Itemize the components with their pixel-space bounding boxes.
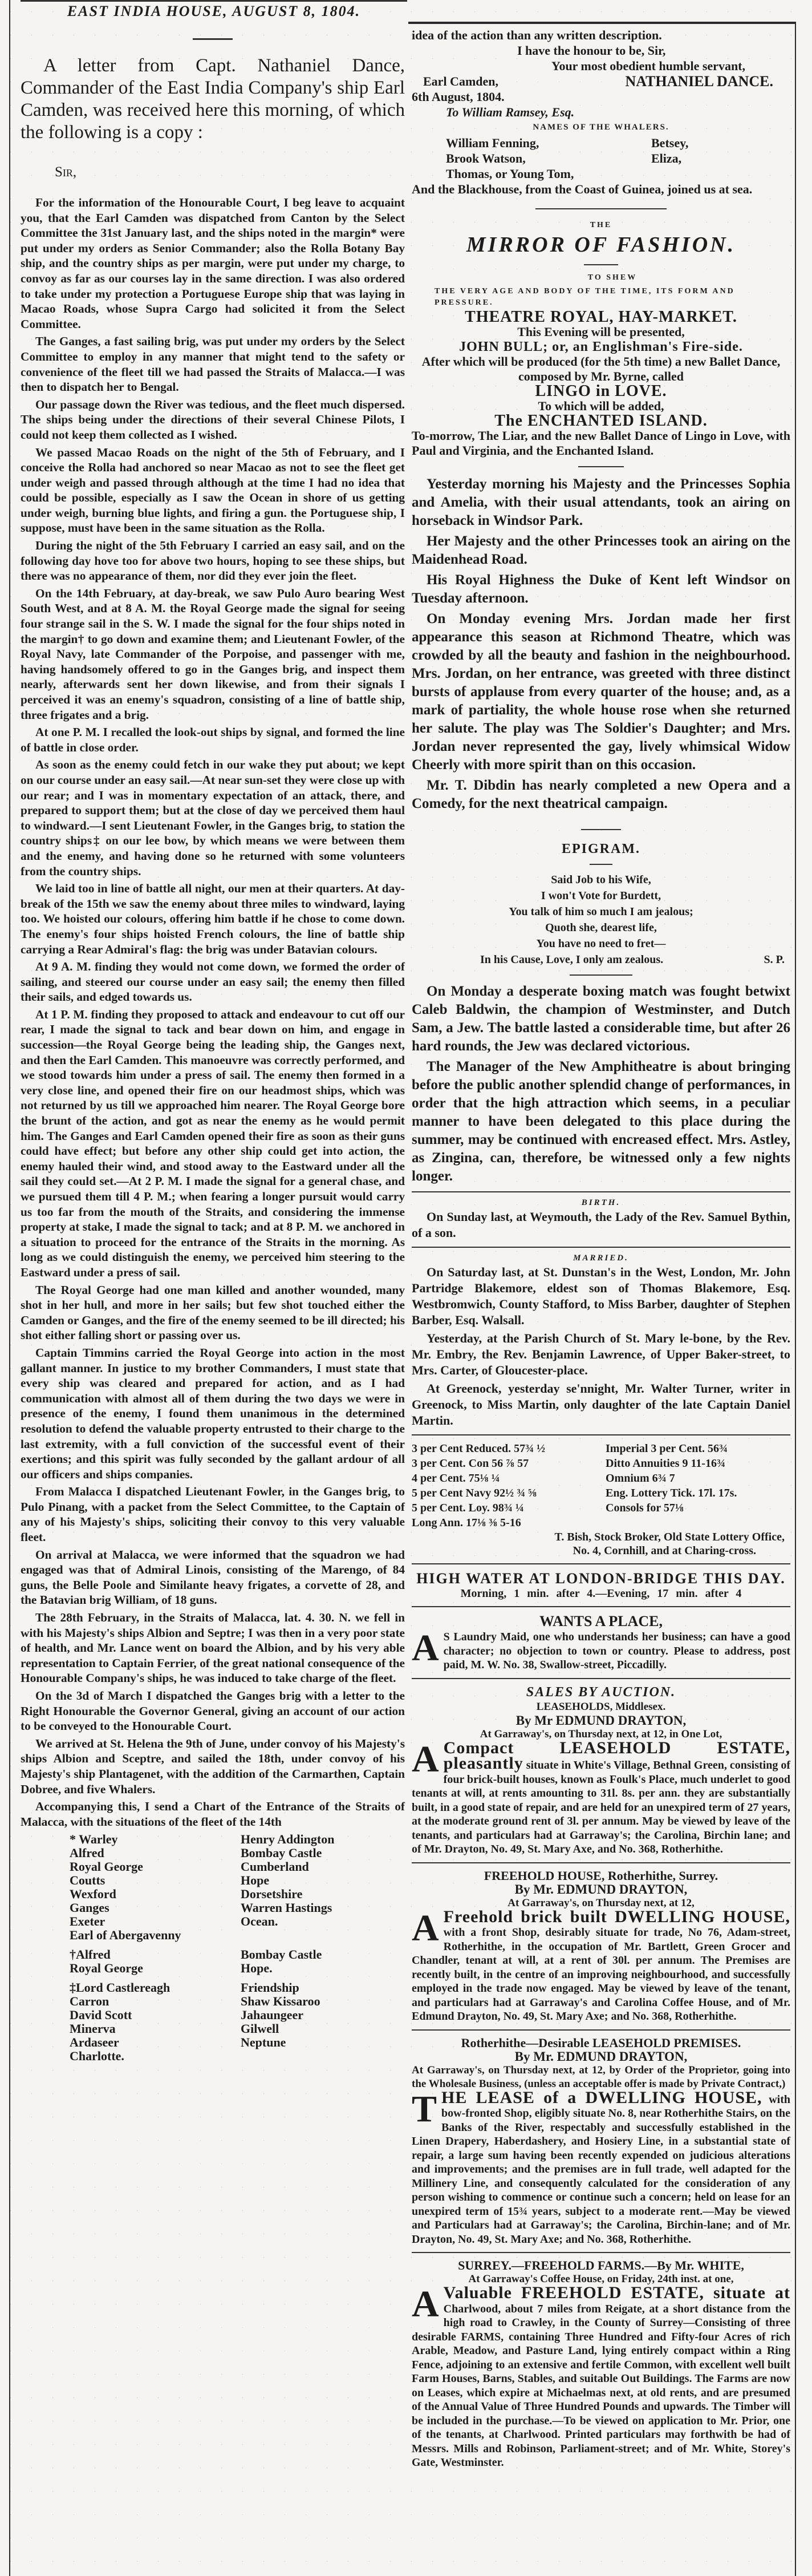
ship-name: Bombay Castle	[241, 1948, 334, 1962]
marriage-notice: On Saturday last, at St. Dunstan's in th…	[412, 1264, 790, 1328]
ship-group: Bombay Castle Hope.	[241, 1948, 334, 1975]
addressee: To William Ramsey, Esq.	[446, 104, 790, 120]
epigram-author: S. P.	[764, 952, 785, 968]
whaler-name: Betsey,	[651, 135, 688, 151]
auctioneer: By Mr EDMUND DRAYTON,	[412, 1714, 790, 1728]
marriage-notice: Yesterday, at the Parish Church of St. M…	[412, 1331, 790, 1378]
divider	[578, 466, 624, 467]
ship-name: Exeter	[70, 1915, 241, 1928]
news-item: On Monday evening Mrs. Jordan made her f…	[412, 610, 790, 774]
divider	[412, 1862, 790, 1863]
marriage-notice: At Greenock, yesterday se'nnight, Mr. Wa…	[412, 1381, 790, 1429]
ad-body: with bow-fronted Shop, eligibly situate …	[412, 2093, 790, 2246]
stock-price: Ditto Annuities 9 11-16¾	[606, 1456, 790, 1471]
ship-name: Hope	[241, 1874, 334, 1887]
ad-heading: SURREY.—FREEHOLD FARMS.—By Mr. WHITE,	[412, 2259, 790, 2272]
stock-price: 3 per Cent Reduced. 57¾ ½	[412, 1441, 606, 1456]
motto-line: TO SHEW	[435, 272, 790, 284]
divider	[581, 829, 621, 830]
drop-cap: A	[412, 1744, 439, 1776]
ship-name: Cumberland	[241, 1860, 334, 1874]
theatre-line: To-morrow, The Liar, and the new Ballet …	[412, 428, 790, 458]
ship-name: Warley	[79, 1832, 117, 1846]
dagger-mark: †	[70, 1947, 76, 1962]
births-heading: BIRTH.	[412, 1198, 790, 1208]
signature-block: Earl Camden, NATHANIEL DANCE.	[412, 74, 790, 89]
letter-paragraph: The Ganges, a fast sailing brig, was put…	[21, 334, 405, 394]
ship-name: Carron	[70, 1995, 241, 2008]
ad-body: with a front Shop, desirably situate for…	[412, 1926, 790, 2023]
news-item: On Monday a desperate boxing match was f…	[412, 982, 790, 1056]
whalers-col2: Betsey, Eliza,	[651, 135, 688, 181]
poem-line: I won't Vote for Burdett,	[412, 888, 790, 904]
stock-price: 4 per Cent. 75⅛ ¼	[412, 1471, 606, 1486]
letter-paragraph: At 1 P. M. finding they proposed to atta…	[21, 1007, 405, 1280]
news-item: His Royal Highness the Duke of Kent left…	[412, 571, 790, 608]
stock-price: 5 per Cent Navy 92½ ¾ ⅝	[412, 1486, 606, 1501]
closing-line: I have the honour to be, Sir,	[517, 43, 790, 58]
letter-paragraph: On the 14th February, at day-break, we s…	[21, 586, 405, 722]
letter-paragraph: For the information of the Honourable Co…	[21, 195, 405, 331]
ad-heading: Rotherhithe—Desirable LEASEHOLD PREMISES…	[412, 2036, 790, 2050]
stock-price: 3 per Cent. Con 56 ⅞ 57	[412, 1456, 606, 1471]
whalers-col1: William Fenning, Brook Watson, Thomas, o…	[446, 135, 651, 181]
divider	[412, 1606, 790, 1607]
left-column: EAST INDIA HOUSE, AUGUST 8, 1804. A lett…	[9, 0, 405, 2576]
divider	[412, 2029, 790, 2031]
drop-cap: T	[412, 2093, 437, 2125]
stock-price: Eng. Lottery Tick. 17l. 17s.	[606, 1486, 790, 1501]
divider	[412, 1247, 790, 1248]
epigram-title: EPIGRAM.	[412, 842, 790, 857]
ad-heading: FREEHOLD HOUSE, Rotherhithe, Surrey.	[412, 1869, 790, 1883]
epigram-poem: Said Job to his Wife, I won't Vote for B…	[412, 872, 790, 968]
ship-name: Warren Hastings	[241, 1901, 334, 1915]
stock-price: Omnium 6¾ 7	[606, 1471, 790, 1486]
stock-price: 5 per Cent. Loy. 98¾ ¼	[412, 1501, 606, 1515]
auction-ad: ACompact LEASEHOLD ESTATE, pleasantly si…	[412, 1741, 790, 1857]
letter-paragraph: Captain Timmins carried the Royal George…	[21, 1345, 405, 1482]
ad-lead: HE LEASE of a DWELLING HOUSE,	[441, 2088, 762, 2107]
letter-paragraph: From Malacca I dispatched Lieutenant Fow…	[21, 1484, 405, 1544]
divider	[535, 208, 667, 209]
ship-group: ‡Lord Castlereagh Carron David Scott Min…	[70, 1981, 241, 2063]
whalers-note: And the Blackhouse, from the Coast of Gu…	[412, 181, 790, 197]
article-intro: A letter from Capt. Nathaniel Dance, Com…	[21, 55, 405, 144]
whaler-name: Thomas, or Young Tom,	[446, 166, 651, 181]
play-title: JOHN BULL; or, an Englishman's Fire-side…	[412, 339, 790, 354]
salutation: Sir,	[55, 164, 405, 180]
ship-name: Shaw Kissaroo	[241, 1995, 334, 2008]
letter-fragment: idea of the action than any written desc…	[412, 27, 790, 43]
wants-ad: AS Laundry Maid, one who understands her…	[412, 1630, 790, 1672]
ship-name: Ardaseer	[70, 2036, 241, 2049]
letter-paragraph: At one P. M. I recalled the look-out shi…	[21, 725, 405, 755]
letter-paragraph: We arrived at St. Helena the 9th of June…	[21, 1736, 405, 1797]
ship-name: David Scott	[70, 2008, 241, 2022]
poem-line: Said Job to his Wife,	[412, 872, 790, 888]
place: Earl Camden,	[423, 74, 498, 89]
ship-name: Hope.	[241, 1962, 334, 1975]
ship-name: Alfred	[70, 1846, 241, 1860]
ship-name: Friendship	[241, 1981, 334, 1995]
ad-lead: Valuable FREEHOLD ESTATE, situate at	[444, 2283, 790, 2302]
letter-paragraph: The Royal George had one man killed and …	[21, 1283, 405, 1343]
ad-body: situate in White's Village, Bethnal Gree…	[412, 1759, 790, 1855]
ship-name: Lord Castlereagh	[76, 1980, 170, 1995]
stock-price: Long Ann. 17⅛ ⅜ 5-16	[412, 1515, 606, 1530]
auctioneer: By Mr. EDMUND DRAYTON,	[412, 1883, 790, 1896]
poem-line: Quoth she, dearest life,	[412, 920, 790, 936]
ship-name: Ocean.	[241, 1915, 334, 1928]
letter-paragraph: On arrival at Malacca, we were informed …	[21, 1547, 405, 1608]
divider	[590, 864, 612, 865]
ad-heading: LEASEHOLDS, Middlesex.	[412, 1700, 790, 1714]
letter-paragraph: Our passage down the River was tedious, …	[21, 397, 405, 443]
whalers-list: William Fenning, Brook Watson, Thomas, o…	[446, 135, 790, 181]
drop-cap: A	[412, 1912, 439, 1944]
letter-paragraph: On the 3d of March I dispatched the Gang…	[21, 1688, 405, 1734]
stock-price: Consols for 57⅛	[606, 1501, 790, 1515]
ship-group: Henry Addington Bombay Castle Cumberland…	[241, 1833, 334, 1942]
broker-line: No. 4, Cornhill, and at Charing-cross.	[412, 1544, 790, 1558]
divider	[412, 1678, 790, 1679]
whalers-heading: NAMES OF THE WHALERS.	[412, 120, 790, 135]
double-dagger-mark: ‡	[70, 1980, 76, 1995]
theatre-line: This Evening will be presented,	[412, 325, 790, 339]
stock-price: Imperial 3 per Cent. 56¾	[606, 1441, 790, 1456]
ship-name: Alfred	[76, 1947, 111, 1962]
ship-name: Royal George	[70, 1962, 241, 1975]
ship-group: * Warley Alfred Royal George Coutts Wexf…	[70, 1833, 241, 1942]
play-title: The ENCHANTED ISLAND.	[412, 414, 790, 428]
motto-line: THE VERY AGE AND BODY OF THE TIME, ITS F…	[435, 286, 790, 309]
news-item: Mr. T. Dibdin has nearly completed a new…	[412, 777, 790, 813]
right-column: idea of the action than any written desc…	[408, 22, 796, 2576]
news-item: The Manager of the New Amphitheatre is a…	[412, 1058, 790, 1186]
news-item: Yesterday morning his Majesty and the Pr…	[412, 475, 790, 530]
letter-paragraph: As soon as the enemy could fetch in our …	[21, 757, 405, 879]
divider	[193, 38, 233, 40]
ship-name: Charlotte.	[70, 2049, 241, 2063]
auctioneer: By Mr. EDMUND DRAYTON,	[412, 2050, 790, 2064]
divider	[412, 2252, 790, 2253]
ship-name: Dorsetshire	[241, 1887, 334, 1901]
ship-name: Gilwell	[241, 2022, 334, 2036]
drop-cap: A	[412, 1632, 439, 1664]
theatre-name: THEATRE ROYAL, HAY-MARKET.	[412, 310, 790, 325]
dateline: EAST INDIA HOUSE, AUGUST 8, 1804.	[21, 0, 407, 22]
ship-list-col2: Henry Addington Bombay Castle Cumberland…	[241, 1833, 334, 2069]
divider	[412, 1434, 790, 1435]
ship-list-margin: * Warley Alfred Royal George Coutts Wexf…	[70, 1833, 405, 2069]
divider	[412, 1191, 790, 1192]
auction-ad: AFreehold brick built DWELLING HOUSE, wi…	[412, 1910, 790, 2024]
asterisk-mark: *	[70, 1832, 76, 1846]
ship-name: Ganges	[70, 1901, 241, 1915]
whaler-name: William Fenning,	[446, 135, 651, 151]
whaler-name: Eliza,	[651, 151, 688, 166]
newspaper-page: EAST INDIA HOUSE, AUGUST 8, 1804. A lett…	[0, 0, 812, 2576]
drop-cap: A	[412, 2288, 439, 2320]
news-item: Her Majesty and the other Princesses too…	[412, 532, 790, 569]
play-title: LINGO in LOVE.	[412, 384, 790, 399]
ship-name: Jahaungeer	[241, 2008, 334, 2022]
letter-date: 6th August, 1804.	[412, 89, 790, 104]
auction-ad: THE LEASE of a DWELLING HOUSE, with bow-…	[412, 2091, 790, 2247]
signature: NATHANIEL DANCE.	[625, 74, 773, 89]
ad-sale-info: At Garraway's, on Thursday next, at 12, …	[412, 2064, 790, 2091]
ship-group: Friendship Shaw Kissaroo Jahaungeer Gilw…	[241, 1981, 334, 2049]
wants-body: S Laundry Maid, one who understands her …	[444, 1631, 790, 1671]
letter-paragraph: The 28th February, in the Straits of Mal…	[21, 1610, 405, 1686]
poem-line: You have no need to fret—	[412, 936, 790, 952]
broker-line: T. Bish, Stock Broker, Old State Lottery…	[412, 1530, 790, 1544]
auction-heading: SALES BY AUCTION.	[412, 1685, 790, 1700]
ship-group: †Alfred Royal George	[70, 1948, 241, 1975]
ship-name: Neptune	[241, 2036, 334, 2049]
poem-line: In his Cause, Love, I only am zealous.	[480, 952, 663, 968]
ship-name: Wexford	[70, 1887, 241, 1901]
ship-name: Bombay Castle	[241, 1846, 334, 1860]
high-water-times: Morning, 1 min. after 4.—Evening, 17 min…	[412, 1587, 790, 1600]
ad-body: Charlwood, about 7 miles from Reigate, a…	[412, 2303, 790, 2469]
ship-name: Earl of Abergavenny	[70, 1928, 241, 1942]
section-the: THE	[412, 221, 790, 230]
whaler-name: Brook Watson,	[446, 151, 651, 166]
high-water-title: HIGH WATER AT LONDON-BRIDGE THIS DAY.	[412, 1570, 790, 1587]
letter-paragraph: We laid too in line of battle all night,…	[21, 881, 405, 957]
poem-line: You talk of him so much I am jealous;	[412, 904, 790, 920]
letter-paragraph: We passed Macao Roads on the night of th…	[21, 445, 405, 536]
theatre-line: After which will be produced (for the 5t…	[412, 354, 790, 384]
ship-list-col1: * Warley Alfred Royal George Coutts Wexf…	[70, 1833, 241, 2069]
theatre-listing: THEATRE ROYAL, HAY-MARKET. This Evening …	[412, 310, 790, 458]
birth-notice: On Sunday last, at Weymouth, the Lady of…	[412, 1209, 790, 1241]
closing-line: Your most obedient humble servant,	[551, 58, 790, 74]
ad-lead: Freehold brick built DWELLING HOUSE,	[444, 1907, 790, 1926]
divider	[584, 264, 618, 265]
ship-name: Coutts	[70, 1874, 241, 1887]
ship-name: Minerva	[70, 2022, 241, 2036]
ship-name: Henry Addington	[241, 1833, 334, 1846]
letter-paragraph: Accompanying this, I send a Chart of the…	[21, 1799, 405, 1829]
wants-title: WANTS A PLACE,	[412, 1613, 790, 1630]
stock-prices: 3 per Cent Reduced. 57¾ ½Imperial 3 per …	[412, 1441, 790, 1530]
section-title: MIRROR OF FASHION.	[412, 232, 790, 257]
divider	[570, 974, 632, 976]
letter-paragraph: During the night of the 5th February I c…	[21, 538, 405, 584]
ship-name: Royal George	[70, 1860, 241, 1874]
marriages-heading: MARRIED.	[412, 1253, 790, 1263]
letter-paragraph: At 9 A. M. finding they would not come d…	[21, 959, 405, 1005]
divider	[412, 1563, 790, 1564]
auction-ad: AValuable FREEHOLD ESTATE, situate at Ch…	[412, 2286, 790, 2470]
